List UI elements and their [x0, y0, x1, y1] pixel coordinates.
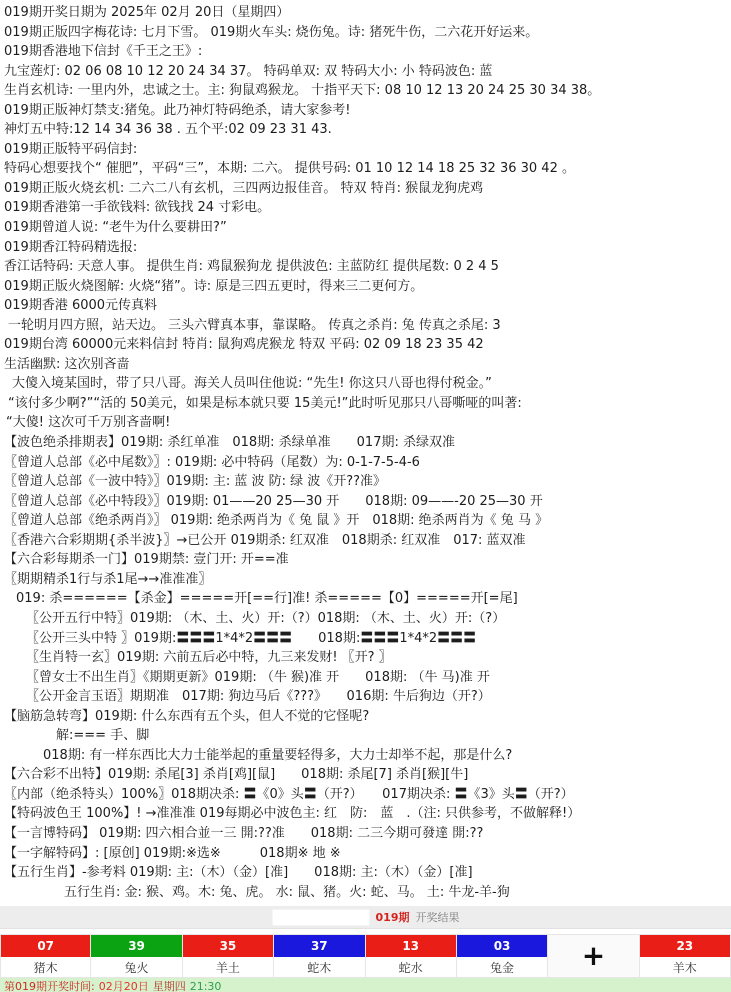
result-number: 23 — [640, 935, 730, 957]
result-zodiac-label: 蛇水 — [366, 957, 456, 977]
lottery-text-content: 019期开奖日期为 2025年 02月 20日（星期四）019期正版四字梅花诗:… — [0, 0, 731, 902]
footer-text-segment: 02月20日 — [99, 978, 149, 992]
result-zodiac-label: 蛇木 — [274, 957, 364, 977]
text-line: 【六合彩不出特】019期: 杀尾[3] 杀肖[鸡][鼠] 018期: 杀尾[7]… — [0, 765, 731, 785]
text-line: 019期香港 6000元传真料 — [0, 296, 731, 316]
result-tip-bar: 019期 开奖结果 — [0, 906, 731, 929]
issue-input[interactable] — [272, 909, 370, 926]
text-line: 【波色绝杀排期表】019期: 杀红单准 018期: 杀绿单准 017期: 杀绿双… — [0, 433, 731, 453]
text-line: 【五行生肖】-参考料 019期: 主:（木）（金）[准] 018期: 主:（木）… — [0, 863, 731, 883]
result-label: 开奖结果 — [415, 909, 459, 925]
footer-text-segment: 星期四 — [153, 978, 186, 992]
text-line: 019期香港地下信封《千王之王》: — [0, 42, 731, 62]
text-line: 【特码波色王 100%】! →准准准 019每期必中波色主: 红 防: 蓝 .（… — [0, 804, 731, 824]
text-line: 019期正版火烧图解: 火烧“猪”。诗: 原是三四五更时，得来三二更何方。 — [0, 277, 731, 297]
result-number: 39 — [91, 935, 181, 957]
plus-icon: + — [582, 942, 605, 970]
text-line: 〖曾道人总部《必中尾数》〗: 019期: 必中特码（尾数）为: 0-1-7-5-… — [0, 453, 731, 473]
text-line: 特码心想要找个“ 催肥”，平码“三”，本期: 二六。 提供号码: 01 10 1… — [0, 159, 731, 179]
text-line: 香江话特码: 天意人事。 提供生肖: 鸡鼠猴狗龙 提供波色: 主蓝防红 提供尾数… — [0, 257, 731, 277]
result-cell-special: 23羊木 — [640, 935, 731, 977]
footer-text-segment: 第019期开奖时间: — [4, 978, 95, 992]
text-line: 019期正版火烧玄机: 二六二八有玄机，三四两边报佳音。 特双 特肖: 猴鼠龙狗… — [0, 179, 731, 199]
text-line: “大傻! 这次可千万别吝啬啊! — [0, 413, 731, 433]
result-zodiac-label: 羊木 — [640, 957, 730, 977]
text-line: 〖公开三头中特 〗019期:〓〓〓1*4*2〓〓〓 018期:〓〓〓1*4*2〓… — [0, 629, 731, 649]
next-draw-footer: 第019期开奖时间:02月20日星期四21:30 — [0, 978, 731, 992]
result-cell-main-6: 03兔金 — [457, 935, 548, 977]
text-line: 〖公开金言玉语〗期期准 017期: 狗边马后《???》 016期: 牛后狗边（开… — [0, 687, 731, 707]
text-line: 019期正版四字梅花诗: 七月下雪。 019期火车头: 烧伤兔。诗: 猪死牛伤，… — [0, 23, 731, 43]
draw-results-row: 07猪木39兔火35羊土37蛇木13蛇水03兔金+23羊木 — [0, 934, 731, 978]
text-line: 【一言博特码】 019期: 四六相合並一三 開:??准 018期: 二三今期可發… — [0, 824, 731, 844]
result-zodiac-label: 兔金 — [457, 957, 547, 977]
text-line: 〖公开五行中特〗019期: （木、土、火）开:（?）018期: （木、土、火）开… — [0, 609, 731, 629]
text-line: 一轮明月四方照，站天边。 三头六臂真本事，靠谋略。 传真之杀肖: 兔 传真之杀尾… — [0, 316, 731, 336]
result-number: 13 — [366, 935, 456, 957]
result-zodiac-label: 猪木 — [1, 957, 90, 977]
footer-text-segment: 21:30 — [190, 980, 222, 992]
text-line: 〖香港六合彩期期{杀半波}〗→已公开 019期杀: 红双准 018期杀: 红双准… — [0, 531, 731, 551]
text-line: 九宝莲灯: 02 06 08 10 12 20 24 34 37。 特码单双: … — [0, 62, 731, 82]
text-line: 019期曾道人说: “老牛为什么要耕田?” — [0, 218, 731, 238]
text-line: 〖曾女士不出生肖〗《期期更新》019期: （牛 猴)准 开 018期: （牛 马… — [0, 668, 731, 688]
result-cell-main-5: 13蛇水 — [366, 935, 457, 977]
result-cell-main-3: 35羊土 — [183, 935, 274, 977]
text-line: 【六合彩每期杀一门】019期禁: 壹门开: 开==准 — [0, 550, 731, 570]
plus-separator-cell: + — [548, 935, 639, 977]
text-line: 大傻入境某国时，带了只八哥。海关人员叫住他说: “先生! 你这只八哥也得付税金。… — [0, 374, 731, 394]
text-line: 神灯五中特:12 14 34 36 38 . 五个平:02 09 23 31 4… — [0, 120, 731, 140]
result-number: 37 — [274, 935, 364, 957]
text-line: 生活幽默: 这次别吝啬 — [0, 355, 731, 375]
text-line: 019期香港第一手欲钱料: 欲钱找 24 寸彩电。 — [0, 198, 731, 218]
text-line: 019期香江特码精选报: — [0, 238, 731, 258]
result-cell-main-4: 37蛇木 — [274, 935, 365, 977]
text-line: 〖曾道人总部《绝杀两肖》〗 019期: 绝杀两肖为《 兔 鼠 》开 018期: … — [0, 511, 731, 531]
text-line: 【一字解特码】: [原创] 019期:※选※ 018期※ 地 ※ — [0, 844, 731, 864]
text-line: 019: 杀======【杀金】=====开[==行]准! 杀=====【0】=… — [0, 589, 731, 609]
result-zodiac-label: 兔火 — [91, 957, 181, 977]
text-line: 〖曾道人总部《必中特段》〗019期: 01——20 25—30 开 018期: … — [0, 492, 731, 512]
text-line: 生肖玄机诗: 一里内外，忠诚之士。主: 狗鼠鸡猴龙。 十指平天下: 08 10 … — [0, 81, 731, 101]
text-line: “该付多少啊?”“活的 50美元，如果是标本就只要 15美元!”此时听见那只八哥… — [0, 394, 731, 414]
text-line: 【脑筋急转弯】019期: 什么东西有五个头，但人不觉的它怪呢? — [0, 707, 731, 727]
text-line: 〖内部（绝杀特头）100%〗018期决杀: 〓《0》头〓（开?） 017期决杀:… — [0, 785, 731, 805]
text-line: 解:=== 手、脚 — [0, 726, 731, 746]
text-line: 019期正版特平码信封: — [0, 140, 731, 160]
result-number: 35 — [183, 935, 273, 957]
text-line: 019期开奖日期为 2025年 02月 20日（星期四） — [0, 3, 731, 23]
result-cell-main-1: 07猪木 — [0, 935, 91, 977]
text-line: 〖期期精杀1行与杀1尾→→准准准〗 — [0, 570, 731, 590]
result-cell-main-2: 39兔火 — [91, 935, 182, 977]
result-number: 03 — [457, 935, 547, 957]
text-line: 018期: 有一样东西比大力士能举起的重量要轻得多，大力士却举不起，那是什么? — [0, 746, 731, 766]
text-line: 019期台湾 60000元来料信封 特肖: 鼠狗鸡虎猴龙 特双 平码: 02 0… — [0, 335, 731, 355]
issue-label: 019期 — [376, 909, 410, 925]
result-zodiac-label: 羊土 — [183, 957, 273, 977]
text-line: 019期正版神灯禁支:猪兔。此乃神灯特码绝杀，请大家参考! — [0, 101, 731, 121]
text-line: 〖生肖特一玄〗019期: 六前五后必中特，九三来发财! 〖开? 〗 — [0, 648, 731, 668]
result-number: 07 — [1, 935, 90, 957]
text-line: 五行生肖: 金: 猴、鸡。木: 兔、虎。 水: 鼠、猪。火: 蛇、马。 土: 牛… — [0, 883, 731, 903]
text-line: 〖曾道人总部《一波中特》〗019期: 主: 蓝 波 防: 绿 波《开??准》 — [0, 472, 731, 492]
